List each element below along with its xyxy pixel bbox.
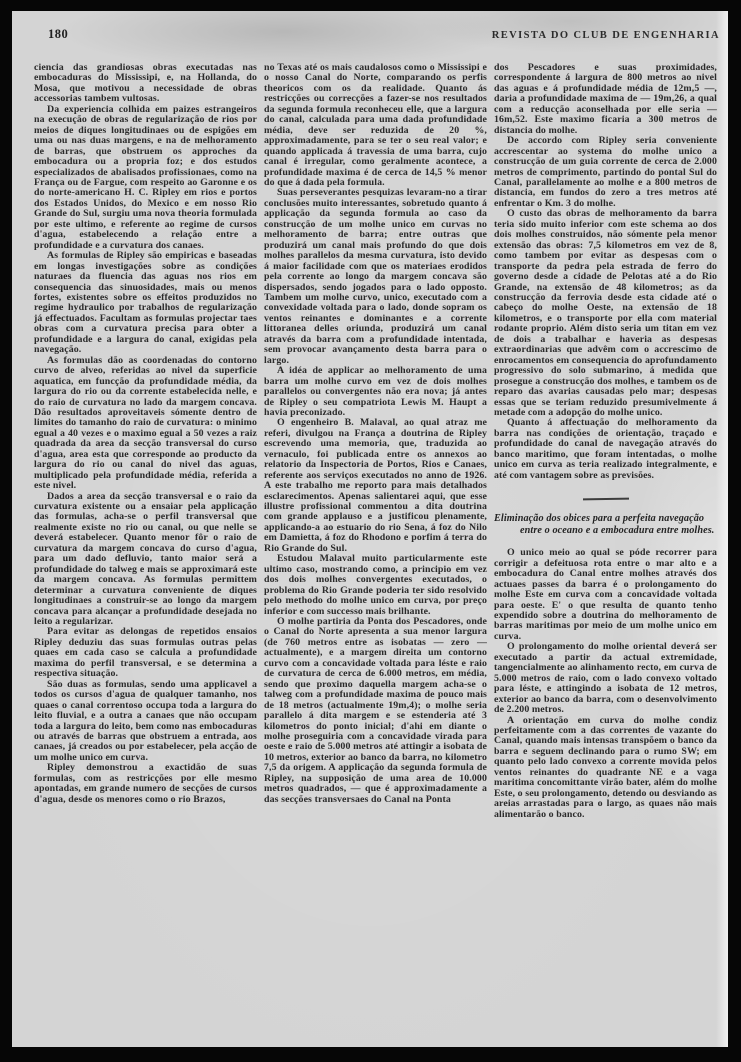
paragraph: Estudou Malaval muito particularmente es…: [264, 554, 487, 617]
journal-title: REVISTA DO CLUB DE ENGENHARIA: [492, 30, 720, 41]
paragraph: São duas as formulas, sendo uma applicav…: [34, 680, 257, 764]
page-number: 180: [48, 27, 68, 42]
scanned-magazine-page: 180 REVISTA DO CLUB DE ENGENHARIA cienci…: [0, 0, 741, 1062]
paragraph: O unico meio ao qual se póde recorrer pa…: [494, 548, 717, 642]
page-header: 180 REVISTA DO CLUB DE ENGENHARIA: [48, 27, 720, 42]
paragraph: De accordo com Ripley seria conveniente …: [494, 136, 717, 209]
paragraph: Ripley demonstrou a exactidão de suas fo…: [34, 763, 257, 805]
paragraph: Quanto á affectuação do melhoramento da …: [494, 418, 717, 481]
paragraph: As formulas dão as coordenadas do contor…: [34, 356, 257, 492]
page-edge-highlight: [716, 11, 728, 1047]
page: 180 REVISTA DO CLUB DE ENGENHARIA cienci…: [12, 11, 728, 1047]
text-column-1: ciencia das grandiosas obras executadas …: [34, 63, 257, 1041]
section-heading: Eliminação dos obices para a perfeita na…: [494, 513, 717, 536]
paragraph: Da experiencia colhida em paizes estrang…: [34, 105, 257, 251]
paragraph: Para evitar as delongas de repetidos ens…: [34, 627, 257, 679]
paragraph: O engenheiro B. Malaval, ao qual atraz m…: [264, 418, 487, 554]
paragraph: dos Pescadores e suas proximidades, corr…: [494, 63, 717, 136]
paragraph: Suas perseverantes pesquizas levaram-no …: [264, 188, 487, 366]
paragraph: ciencia das grandiosas obras executadas …: [34, 63, 257, 105]
paragraph: A idéa de applicar ao melhoramento de um…: [264, 366, 487, 418]
paragraph: no Texas até os mais caudalosos como o M…: [264, 63, 487, 188]
paragraph: A orientação em curva do molhe condiz pe…: [494, 716, 717, 821]
article-body: ciencia das grandiosas obras executadas …: [34, 63, 728, 1041]
section-divider: [582, 498, 628, 501]
paragraph: O molhe partiria da Ponta dos Pescadores…: [264, 617, 487, 805]
paragraph: O custo das obras de melhoramento da bar…: [494, 209, 717, 418]
paragraph: Dados a area da secção transversal e o r…: [34, 492, 257, 628]
text-column-3: dos Pescadores e suas proximidades, corr…: [494, 63, 717, 1041]
paragraph: O prolongamento do molhe oriental deverá…: [494, 642, 717, 715]
text-column-2: no Texas até os mais caudalosos como o M…: [264, 63, 487, 1041]
paragraph: As formulas de Ripley são empiricas e ba…: [34, 251, 257, 356]
